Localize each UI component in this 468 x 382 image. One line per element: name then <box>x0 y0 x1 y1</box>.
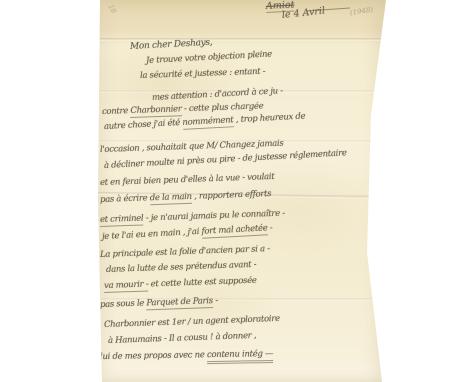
handwritten-line: va mourir - et cette lutte est supposée <box>104 276 257 291</box>
underlined-phrase: nommément <box>182 115 234 129</box>
handwritten-line: la sécurité et justesse : entant - <box>140 67 266 81</box>
handwritten-text: à Hanumains - Il a cousu ! à donner , <box>108 331 257 346</box>
handwritten-line: et criminel - je n'aurai jamais pu le co… <box>100 209 285 225</box>
handwritten-line: Je trouve votre objection pleine <box>146 49 272 66</box>
handwritten-line: pas à écrire de la main , rapportera eff… <box>100 189 272 205</box>
handwritten-text: Charbonnier est 1er / un agent explorato… <box>104 314 280 330</box>
underlined-phrase: fort mal achetée <box>201 223 268 238</box>
date-pencil: (1948) <box>349 6 373 17</box>
handwritten-text: et cette lutte est supposée <box>148 276 257 290</box>
handwritten-line: dans la lutte de ses prétendus avant - <box>106 260 257 275</box>
underlined-phrase: contenu intég — <box>207 349 273 364</box>
handwritten-line: pas sous le Parquet de Paris - <box>100 296 218 310</box>
handwritten-line: et en ferai bien peu d'elles à la vue - … <box>100 172 275 188</box>
handwritten-line: Charbonnier est 1er / un agent explorato… <box>104 314 280 330</box>
handwritten-line: La principale est la folie d'ancien par … <box>100 244 270 260</box>
pencil-page-number: 18 <box>106 3 117 15</box>
handwritten-text: , trop heureux de <box>233 111 305 125</box>
handwritten-text: - je n'aurai jamais pu le connaître - <box>143 209 285 224</box>
handwritten-text: La principale est la folie d'ancien par … <box>100 244 270 260</box>
handwritten-text: - <box>267 223 273 233</box>
letter-photo: 18 Amiot le 4 Avril (1948) Mon cher Desh… <box>0 0 468 382</box>
underlined-phrase: et criminel <box>100 213 144 226</box>
handwritten-text: pas à écrire <box>100 193 150 205</box>
handwritten-text: , rapportera efforts <box>192 189 272 202</box>
handwritten-line: Mon cher Deshays, <box>130 38 213 52</box>
letter-paper: 18 Amiot le 4 Avril (1948) Mon cher Desh… <box>98 0 388 382</box>
underlined-phrase: Charbonnier <box>130 104 182 117</box>
handwritten-text: Mon cher Deshays, <box>130 38 213 52</box>
handwritten-text: pas sous le <box>100 298 147 310</box>
underlined-phrase: va mourir - <box>104 279 149 292</box>
handwritten-text: - <box>213 296 218 306</box>
handwritten-text: et en ferai bien peu d'elles à la vue - … <box>100 172 275 188</box>
handwritten-text: lui de mes propos avec ne <box>100 350 207 362</box>
handwritten-text: dans la lutte de ses prétendus avant - <box>106 260 257 275</box>
handwritten-text: la sécurité et justesse : entant - <box>140 67 266 81</box>
handwritten-line: lui de mes propos avec ne contenu intég … <box>100 349 273 362</box>
handwritten-text: contre <box>102 106 131 117</box>
underlined-phrase: Parquet de Paris <box>146 296 213 310</box>
handwritten-text: - cette plus chargée <box>181 101 263 114</box>
handwritten-text: autre chose j'ai été <box>104 118 183 132</box>
underlined-phrase: de la main <box>150 192 192 205</box>
handwritten-text: je te l'ai eu en main , j'ai <box>102 227 202 242</box>
handwritten-text: Je trouve votre objection pleine <box>146 49 272 66</box>
handwritten-line: à Hanumains - Il a cousu ! à donner , <box>108 331 257 346</box>
handwritten-line: je te l'ai eu en main , j'ai fort mal ac… <box>102 223 273 242</box>
